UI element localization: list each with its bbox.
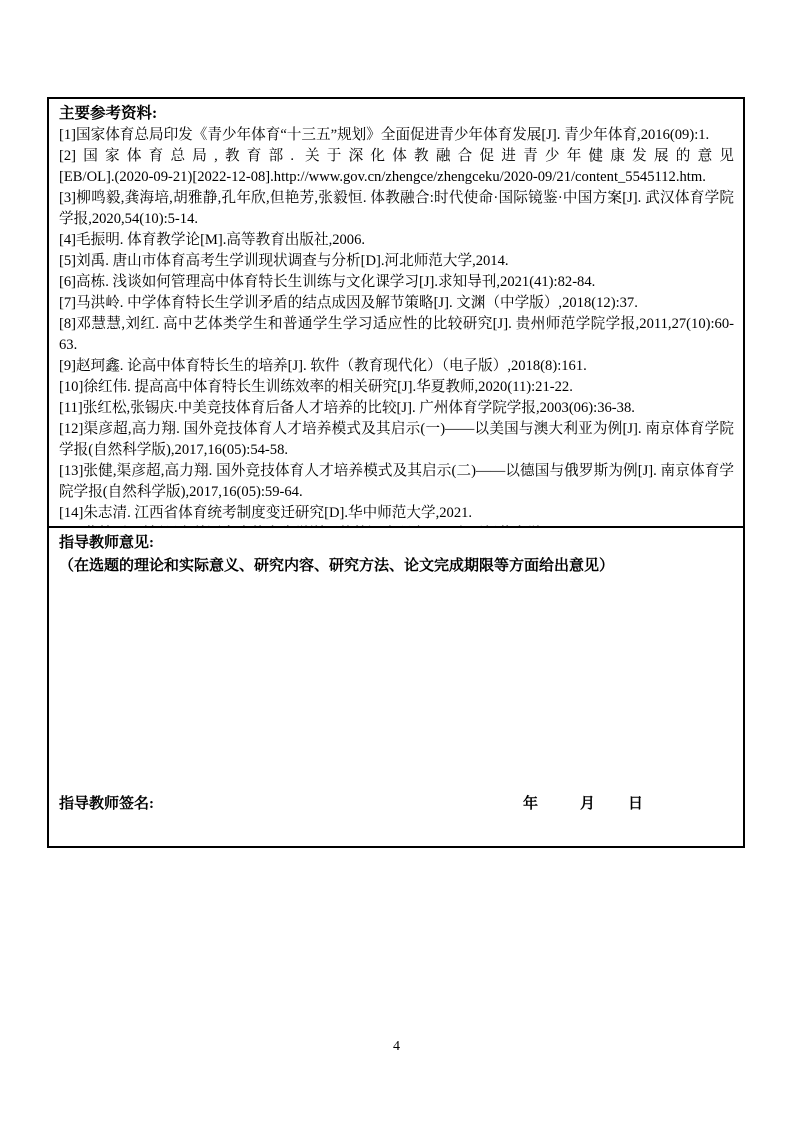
reference-item: [7]马洪岭. 中学体育特长生学训矛盾的结点成因及解节策略[J]. 文渊（中学版… — [59, 293, 734, 314]
reference-item: [12]渠彦超,高力翔. 国外竞技体育人才培养模式及其启示(一)——以美国与澳大… — [59, 419, 734, 461]
thesis-form-table: 主要参考资料: [1]国家体育总局印发《青少年体育“十三五”规划》全面促进青少年… — [47, 97, 745, 848]
reference-item: [10]徐红伟. 提高高中体育特长生训练效率的相关研究[J].华夏教师,2020… — [59, 377, 734, 398]
reference-item: [4]毛振明. 体育教学论[M].高等教育出版社,2006. — [59, 230, 734, 251]
reference-item: [8]邓慧慧,刘红. 高中艺体类学生和普通学生学习适应性的比较研究[J]. 贵州… — [59, 314, 734, 356]
reference-item: [3]柳鸣毅,龚海培,胡雅静,孔年欣,但艳芳,张毅恒. 体教融合:时代使命·国际… — [59, 188, 734, 230]
reference-item: [2]国家体育总局,教育部. 关于深化体教融合促进青少年健康发展的意见[EB/O… — [59, 146, 734, 188]
reference-item: [9]赵珂鑫. 论高中体育特长生的培养[J]. 软件（教育现代化）（电子版）,2… — [59, 356, 734, 377]
reference-item: [14]朱志清. 江西省体育统考制度变迁研究[D].华中师范大学,2021. — [59, 503, 734, 524]
advisor-comments-hint: （在选题的理论和实际意义、研究内容、研究方法、论文完成期限等方面给出意见） — [59, 555, 734, 578]
page-number: 4 — [0, 1038, 793, 1056]
date-year-label: 年 — [523, 793, 538, 815]
date-day-label: 日 — [628, 793, 643, 815]
references-list: [1]国家体育总局印发《青少年体育“十三五”规划》全面促进青少年体育发展[J].… — [59, 125, 734, 528]
reference-item: [5]刘禹. 唐山市体育高考生学训现状调查与分析[D].河北师范大学,2014. — [59, 251, 734, 272]
document-page: 主要参考资料: [1]国家体育总局印发《青少年体育“十三五”规划》全面促进青少年… — [0, 0, 793, 1122]
reference-item: [13]张健,渠彦超,高力翔. 国外竞技体育人才培养模式及其启示(二)——以德国… — [59, 461, 734, 503]
advisor-signature-label: 指导教师签名: — [59, 793, 154, 815]
reference-item: [6]高栋. 浅谈如何管理高中体育特长生训练与文化课学习[J].求知导刊,202… — [59, 272, 734, 293]
reference-item: [1]国家体育总局印发《青少年体育“十三五”规划》全面促进青少年体育发展[J].… — [59, 125, 734, 146]
date-month-label: 月 — [580, 793, 595, 815]
reference-item: [11]张红松,张锡庆.中美竞技体育后备人才培养的比较[J]. 广州体育学院学报… — [59, 398, 734, 419]
advisor-comments-title: 指导教师意见: — [59, 532, 734, 555]
references-section-title: 主要参考资料: — [59, 103, 734, 125]
signature-row: 指导教师签名: 年 月 日 — [49, 793, 743, 815]
advisor-comments-section: 指导教师意见: （在选题的理论和实际意义、研究内容、研究方法、论文完成期限等方面… — [49, 528, 743, 846]
references-section: 主要参考资料: [1]国家体育总局印发《青少年体育“十三五”规划》全面促进青少年… — [49, 99, 743, 528]
